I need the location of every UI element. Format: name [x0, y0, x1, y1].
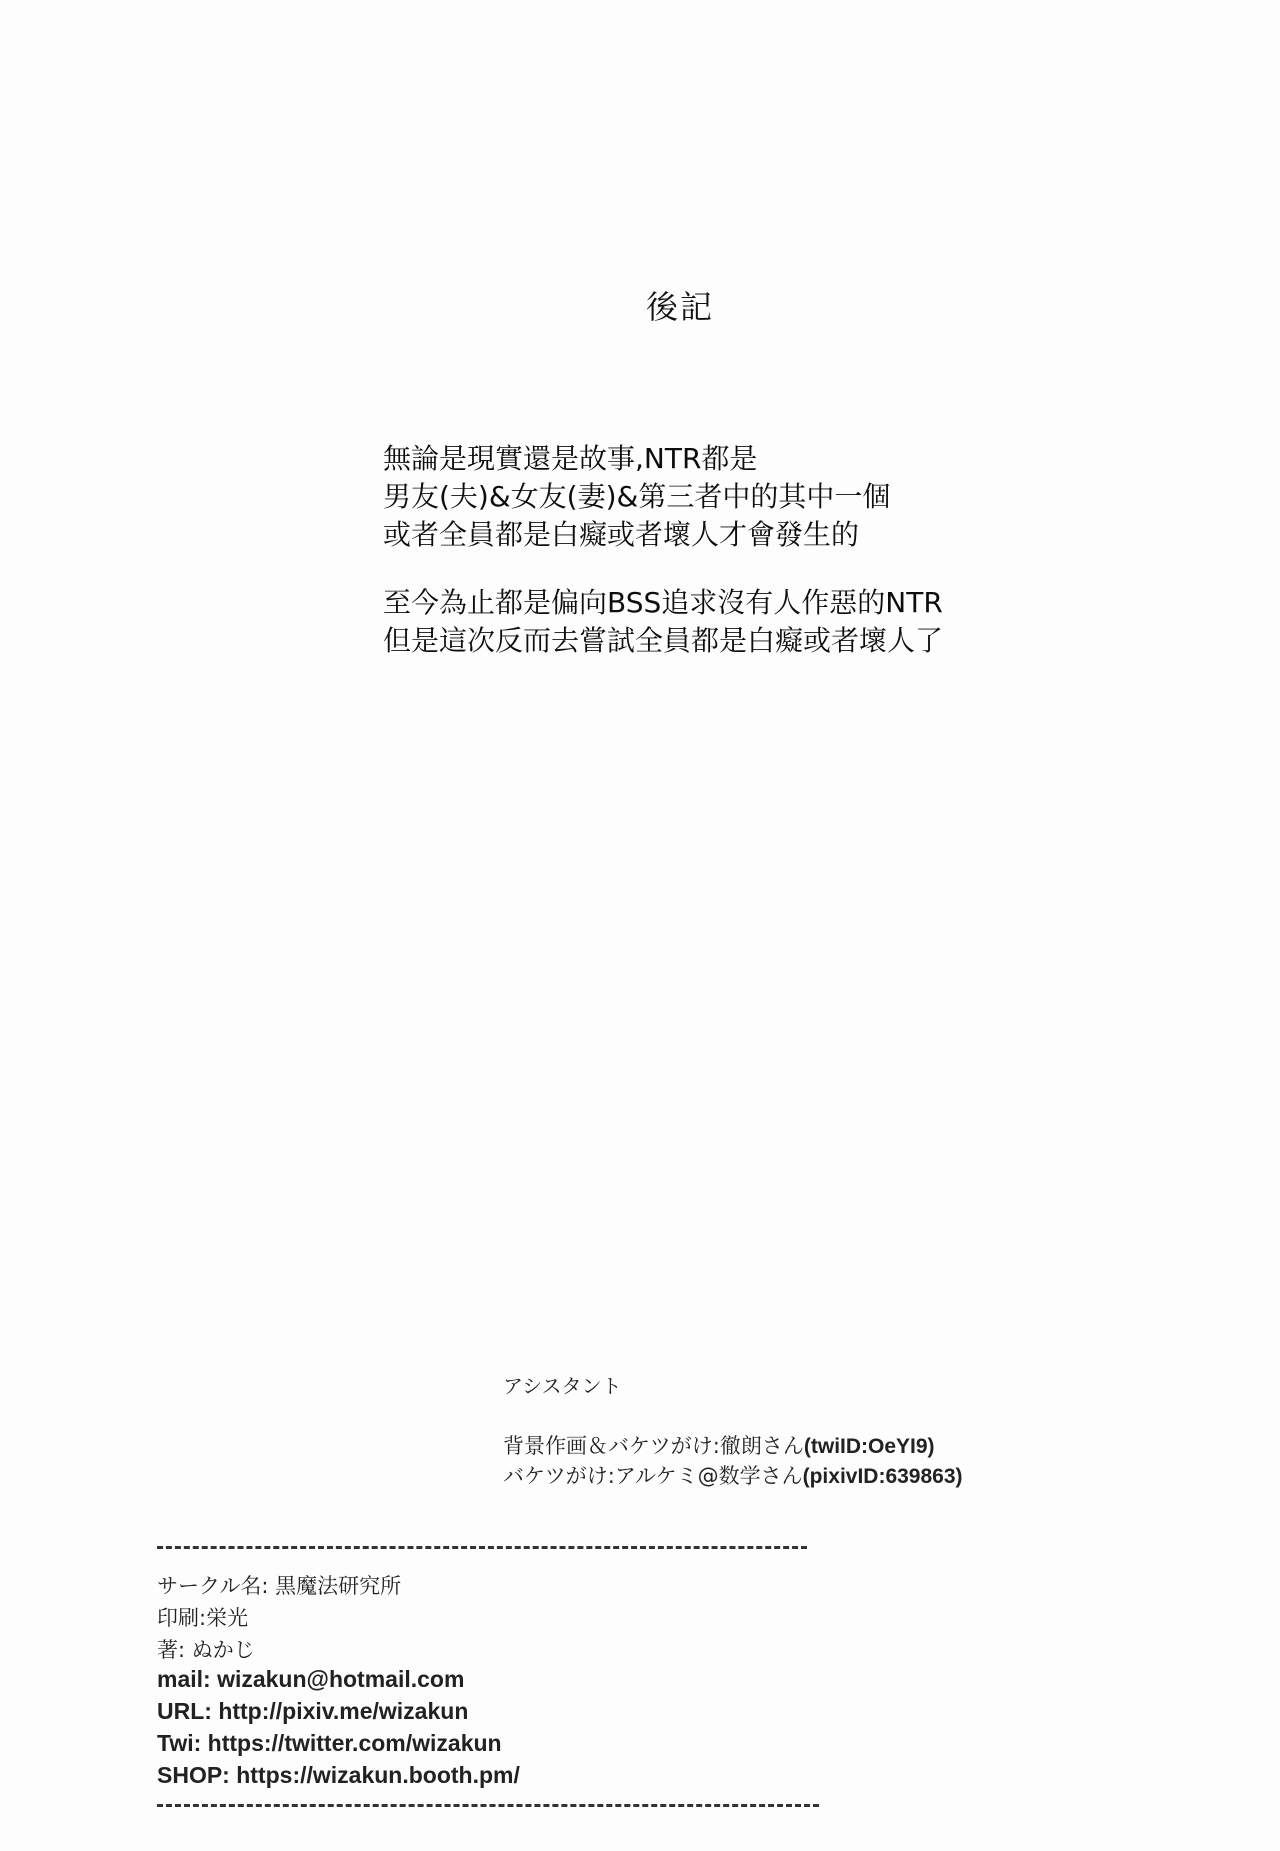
assistants-heading: アシスタント	[503, 1370, 622, 1399]
afterword-line: 但是這次反而去嘗試全員都是白癡或者壞人了	[383, 622, 943, 660]
assistant-credit: バケツがけ:アルケミ@数学さん(pixivID:639863)	[503, 1460, 963, 1490]
mail-link: mail: wizakun@hotmail.com	[157, 1666, 464, 1693]
twitter-link: Twi: https://twitter.com/wizakun	[157, 1730, 502, 1757]
divider-top	[157, 1546, 807, 1552]
shop-link: SHOP: https://wizakun.booth.pm/	[157, 1762, 520, 1789]
credit-id: (pixivID:639863)	[803, 1465, 963, 1488]
divider-bottom	[157, 1804, 819, 1810]
author: 著: ぬかじ	[157, 1634, 255, 1664]
circle-name: サークル名: 黒魔法研究所	[157, 1570, 401, 1600]
page-title: 後記	[646, 282, 714, 328]
credit-role: バケツがけ:アルケミ@数学さん	[503, 1464, 803, 1488]
afterword-line: 或者全員都是白癡或者壞人才會發生的	[383, 516, 859, 554]
assistant-credit: 背景作画＆バケツがけ:徹朗さん(twiID:OeYI9)	[503, 1430, 935, 1460]
credit-role: 背景作画＆バケツがけ:徹朗さん	[503, 1434, 804, 1458]
afterword-line: 無論是現實還是故事,NTR都是	[383, 440, 757, 478]
printer: 印刷:栄光	[157, 1602, 248, 1632]
url-link: URL: http://pixiv.me/wizakun	[157, 1698, 468, 1725]
credit-id: (twiID:OeYI9)	[804, 1435, 935, 1458]
afterword-line: 至今為止都是偏向BSS追求沒有人作惡的NTR	[383, 584, 943, 622]
afterword-line: 男友(夫)&女友(妻)&第三者中的其中一個	[383, 478, 890, 516]
